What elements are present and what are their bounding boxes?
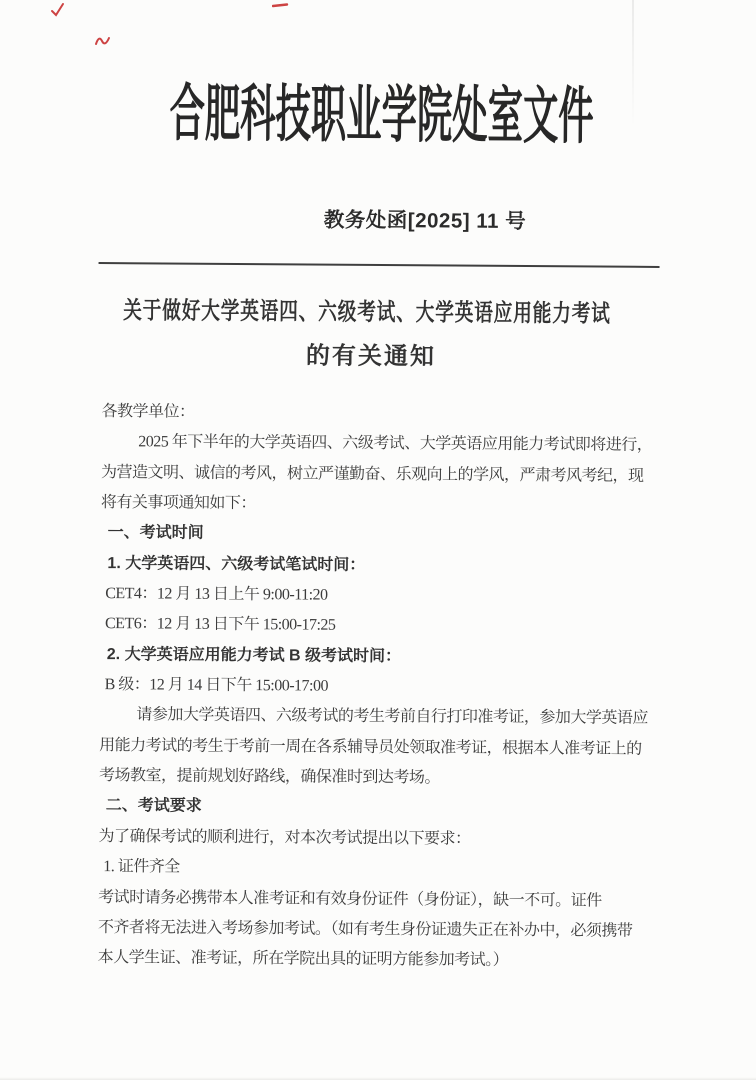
- doc-line: 为营造文明、诚信的考风，树立严谨勤奋、乐观向上的学风，严肃考风考纪，现: [101, 458, 701, 493]
- red-tick-mark-icon: [50, 2, 65, 17]
- doc-line: 为了确保考试的顺利进行，对本次考试提出以下要求：: [98, 822, 698, 857]
- document-content: 合肥科技职业学院处室文件 教务处函[2025] 11 号 关于做好大学英语四、六…: [0, 0, 756, 1080]
- notice-title-line2: 的有关通知: [1, 333, 741, 373]
- scanned-document-page: 合肥科技职业学院处室文件 教务处函[2025] 11 号 关于做好大学英语四、六…: [0, 0, 756, 1080]
- doc-line: 不齐者将无法进入考场参加考试。（如有考生身份证遗失正在补办中，必须携带: [98, 913, 698, 948]
- red-scribble-mark-icon: [94, 33, 111, 48]
- doc-line: 2025 年下半年的大学英语四、六级考试、大学英语应用能力考试即将进行，: [101, 427, 701, 462]
- doc-line: 将有关事项通知如下：: [101, 488, 701, 523]
- organization-header-title: 合肥科技职业学院处室文件: [169, 81, 594, 152]
- doc-line: 2. 大学英语应用能力考试 B 级考试时间：: [100, 640, 700, 675]
- doc-line: 各教学单位：: [101, 397, 701, 432]
- document-number: 教务处函[2025] 11 号: [324, 203, 527, 234]
- doc-line: 1. 证件齐全: [98, 852, 698, 887]
- doc-line: 考试时请务必携带本人准考证和有效身份证件（身份证），缺一不可。证件: [98, 883, 698, 918]
- doc-line: 用能力考试的考生于考前一周在各系辅导员处领取准考证，根据本人准考证上的: [99, 731, 699, 766]
- doc-line: 本人学生证、准考证，所在学院出具的证明方能参加考试。）: [98, 943, 698, 978]
- doc-line: CET6：12 月 13 日下午 15:00-17:25: [100, 609, 700, 644]
- red-dash-mark-icon: [272, 2, 289, 9]
- scan-crease-line: [632, 0, 634, 128]
- doc-line: 二、考试要求: [99, 792, 699, 827]
- document-body: 各教学单位：2025 年下半年的大学英语四、六级考试、大学英语应用能力考试即将进…: [98, 397, 702, 978]
- doc-line: B 级：12 月 14 日下午 15:00-17:00: [99, 670, 699, 705]
- separator-rule: [99, 262, 660, 268]
- doc-line: CET4：12 月 13 日上午 9:00-11:20: [100, 579, 700, 614]
- notice-title-line1: 关于做好大学英语四、六级考试、大学英语应用能力考试: [123, 290, 611, 328]
- doc-line: 1. 大学英语四、六级考试笔试时间：: [100, 549, 700, 584]
- doc-line: 考场教室，提前规划好路线，确保准时到达考场。: [99, 761, 699, 796]
- doc-line: 一、考试时间: [101, 518, 701, 553]
- doc-line: 请参加大学英语四、六级考试的考生考前自行打印准考证，参加大学英语应: [99, 700, 699, 735]
